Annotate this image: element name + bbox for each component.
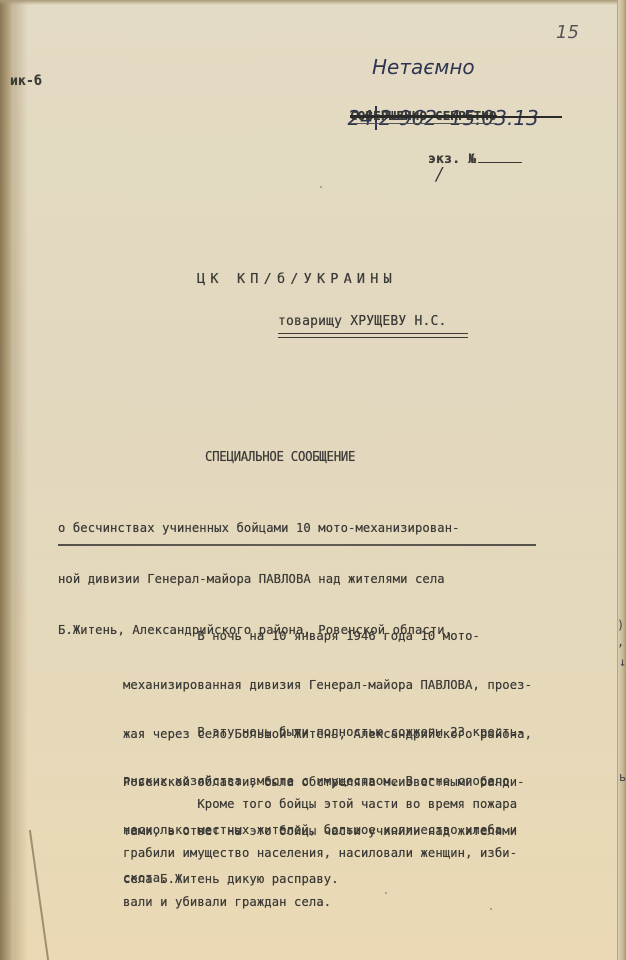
paper-fold-line [29, 830, 49, 960]
subject-line: ной дивизии Генерал-майора ПАВЛОВА над ж… [58, 571, 460, 588]
margin-mark: ,) [617, 635, 626, 649]
paper-speck [320, 186, 322, 188]
paragraph-line: Кроме того бойцы этой части во время пож… [123, 796, 517, 812]
copy-number: экз. № [396, 137, 522, 182]
paragraph-line: механизированная дивизия Генерал-майора … [123, 677, 532, 693]
addressee-underline [278, 333, 468, 338]
page-number: 15 [556, 22, 579, 43]
copy-number-handwritten: / [436, 164, 442, 185]
addressee-person: товарищу ХРУЩЕВУ Н.С. [278, 314, 447, 329]
margin-mark: ь [619, 770, 626, 784]
strikethrough-line [350, 116, 562, 118]
margin-mark: ↓ [619, 655, 626, 669]
reference-code: ик-б [10, 74, 42, 89]
copy-number-blank [478, 162, 522, 163]
body-paragraph: Кроме того бойцы этой части во время пож… [123, 764, 517, 942]
paragraph-line: грабили имущество населения, насиловали … [123, 845, 517, 861]
addressee-organization: ЦК КП/б/УКРАИНЫ [197, 271, 397, 287]
paragraph-line: В ночь на 10 января 1946 года 10 мото- [123, 628, 532, 644]
subject-divider-rule [58, 544, 536, 546]
margin-mark: ) [617, 618, 624, 632]
top-edge-shadow [0, 0, 626, 5]
declassification-stamp: Нетаємно [372, 55, 475, 79]
binding-edge [0, 0, 14, 960]
document-title: СПЕЦИАЛЬНОЕ СООБЩЕНИЕ [205, 450, 355, 465]
right-page-edge [617, 0, 626, 960]
paragraph-line: В эту ночь были полностью сожжены 23 кре… [123, 724, 525, 740]
paragraph-line: вали и убивали граждан села. [123, 894, 517, 910]
subject-line: о бесчинствах учиненных бойцами 10 мото-… [58, 520, 460, 537]
document-page: 15 ик-б Нетаємно 242-962 15.03.13 СОВЕРШ… [0, 0, 626, 960]
